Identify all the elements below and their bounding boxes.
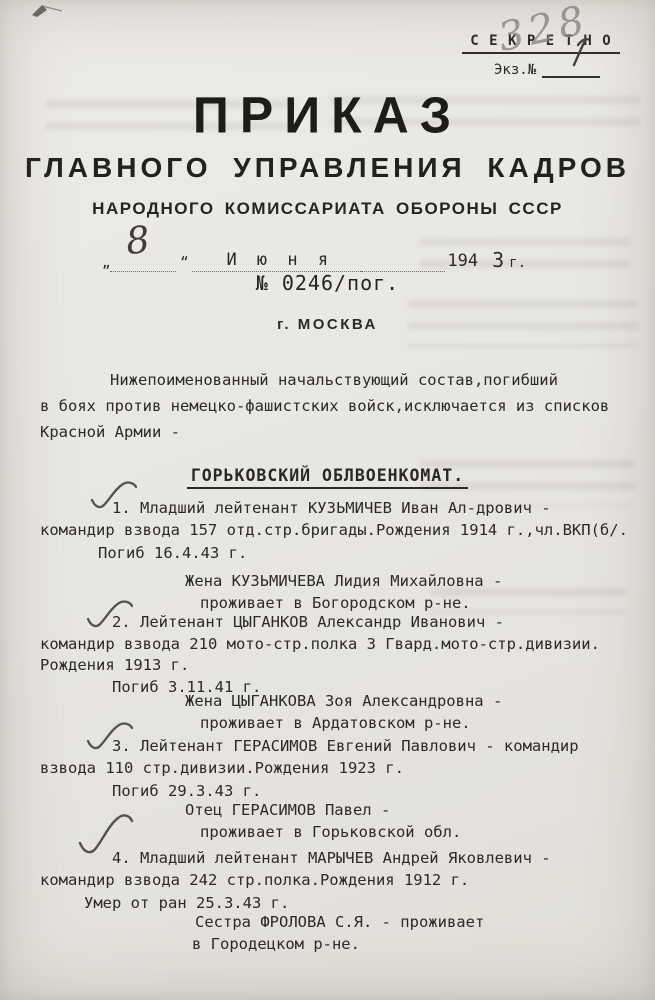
close-quote: “	[176, 255, 192, 272]
order-title: ПРИКАЗ	[0, 85, 655, 144]
order-number: № 0246/пог.	[0, 271, 655, 295]
city-label: г. МОСКВА	[0, 316, 655, 333]
entry-line: командир взвода 210 мото-стр.полка 3 Гва…	[40, 634, 641, 656]
scanned-order-page: С Е К Р Е Т Н О 328 Экз.№ ПРИКАЗ ГЛАВНОГ…	[0, 0, 655, 1000]
date-month: И ю н я	[192, 250, 361, 272]
handwritten-copy-number-one	[570, 36, 590, 68]
open-quote: „	[102, 255, 110, 272]
entry-3-family: Отец ГЕРАСИМОВ Павел - проживает в Горьк…	[40, 799, 641, 843]
family-line: Жена КУЗЬМИЧЕВА Лидия Михайловна -	[40, 570, 641, 592]
preamble-line: Красной Армии -	[40, 420, 641, 446]
entry-line: 3. Лейтенант ГЕРАСИМОВ Евгений Павлович …	[40, 735, 641, 757]
family-line: проживает в Ардатовском р-не.	[40, 712, 641, 734]
date-line: „ 8 “ И ю н я 194 3 г.	[102, 234, 526, 272]
entry-4: 4. Младший лейтенант МАРЫЧЕВ Андрей Яков…	[40, 847, 641, 914]
entry-1: 1. Младший лейтенант КУЗЬМИЧЕВ Иван Ал-д…	[40, 497, 641, 564]
date-dotted-leader	[361, 251, 445, 272]
entry-4-family: Сестра ФРОЛОВА С.Я. - проживает в Городе…	[40, 911, 641, 955]
entry-line: командир взвода 157 отд.стр.бригады.Рожд…	[40, 519, 641, 541]
entry-line: Погиб 16.4.43 г.	[40, 542, 641, 564]
copy-number-label: Экз.№	[494, 62, 536, 78]
entry-line: 4. Младший лейтенант МАРЫЧЕВ Андрей Яков…	[40, 847, 641, 869]
entry-1-family: Жена КУЗЬМИЧЕВА Лидия Михайловна - прожи…	[40, 570, 641, 614]
family-line: Жена ЦЫГАНКОВА Зоя Александровна -	[40, 690, 641, 712]
preamble-line: Нижепоименованный начальствующий состав,…	[40, 368, 641, 394]
date-year-printed: 194	[445, 251, 478, 272]
entry-3: 3. Лейтенант ГЕРАСИМОВ Евгений Павлович …	[40, 735, 641, 802]
handwritten-day: 8	[124, 218, 152, 263]
family-line: Сестра ФРОЛОВА С.Я. - проживает	[40, 911, 641, 933]
corner-tear-mark	[26, 2, 66, 22]
family-line: проживает в Горьковской обл.	[40, 821, 641, 843]
entry-line: 2. Лейтенант ЦЫГАНКОВ Александр Иванович…	[40, 612, 641, 634]
preamble-line: в боях против немецко-фашистских войск,и…	[40, 394, 641, 420]
entry-line: 1. Младший лейтенант КУЗЬМИЧЕВ Иван Ал-д…	[40, 497, 641, 519]
entry-2: 2. Лейтенант ЦЫГАНКОВ Александр Иванович…	[40, 612, 641, 698]
preamble: Нижепоименованный начальствующий состав,…	[40, 368, 641, 445]
order-subsubtitle: НАРОДНОГО КОМИССАРИАТА ОБОРОНЫ СССР	[0, 199, 655, 219]
family-line: проживает в Богородском р-не.	[40, 592, 641, 614]
date-year-digit: 3	[492, 248, 504, 272]
entry-2-family: Жена ЦЫГАНКОВА Зоя Александровна - прожи…	[40, 690, 641, 734]
copy-number-line: Экз.№	[494, 60, 600, 78]
date-year-suffix: г.	[509, 255, 526, 272]
family-line: Отец ГЕРАСИМОВ Павел -	[40, 799, 641, 821]
section-header-text: ГОРЬКОВСКИЙ ОБЛВОЕНКОМАТ.	[187, 466, 468, 489]
entry-line: командир взвода 242 стр.полка.Рождения 1…	[40, 869, 641, 891]
entry-line: взвода 110 стр.дивизии.Рождения 1923 г.	[40, 757, 641, 779]
order-subtitle: ГЛАВНОГО УПРАВЛЕНИЯ КАДРОВ	[0, 152, 655, 184]
date-day-blank: 8	[110, 251, 176, 272]
copy-number-blank	[542, 60, 600, 78]
family-line: в Городецком р-не.	[40, 933, 641, 955]
entry-line: Рождения 1913 г.	[40, 655, 641, 677]
